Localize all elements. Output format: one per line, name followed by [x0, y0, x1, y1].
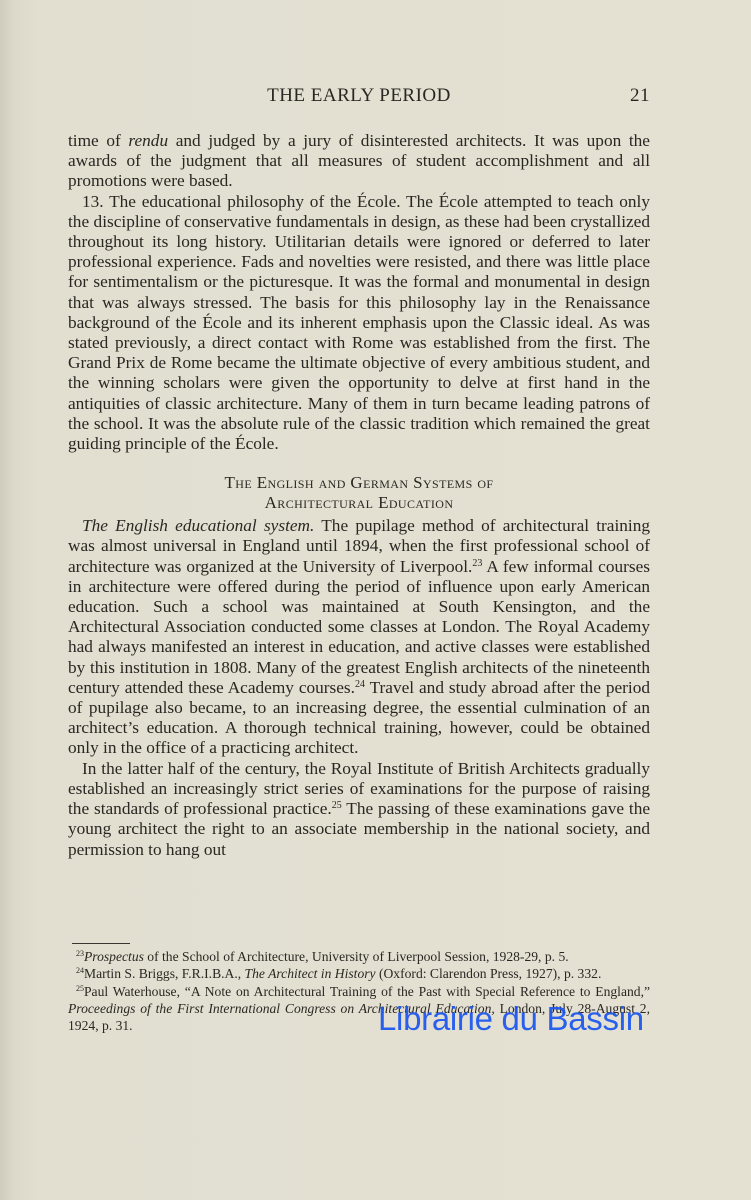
- footnote-ref-25[interactable]: 25: [332, 800, 342, 811]
- section-heading-line-1: The English and German Systems of: [68, 473, 650, 493]
- paragraph-english-system: The English educational system. The pupi…: [68, 516, 650, 758]
- running-title: THE EARLY PERIOD: [68, 85, 650, 107]
- footnote-ref-24[interactable]: 24: [355, 679, 365, 690]
- footnote-title: Prospectus: [84, 949, 144, 964]
- section-heading: The English and German Systems of Archit…: [68, 473, 650, 513]
- footnote-ref-23[interactable]: 23: [472, 558, 482, 569]
- section-heading-line-2: Architectural Education: [68, 493, 650, 513]
- footnote-title: The Architect in History: [245, 966, 376, 981]
- footnote-number: 24: [76, 966, 84, 975]
- footnote-number: 25: [76, 984, 84, 993]
- text-run: time of: [68, 131, 128, 150]
- footnote-24: 24Martin S. Briggs, F.R.I.B.A., The Arch…: [68, 965, 650, 982]
- running-head: THE EARLY PERIOD 21: [68, 85, 650, 109]
- paragraph-continuation: time of rendu and judged by a jury of di…: [68, 131, 650, 192]
- text-run: A few informal courses in architecture w…: [68, 557, 650, 697]
- footnote-divider: [72, 943, 130, 944]
- paragraph-ecole-philosophy: 13. The educational philosophy of the Éc…: [68, 192, 650, 455]
- footnote-text: Martin S. Briggs, F.R.I.B.A.,: [84, 966, 245, 981]
- footnote-text: of the School of Architecture, Universit…: [144, 949, 569, 964]
- italic-term: rendu: [128, 131, 168, 150]
- paragraph-riba: In the latter half of the century, the R…: [68, 759, 650, 860]
- footnote-text: Paul Waterhouse, “A Note on Architectura…: [84, 984, 650, 999]
- footnote-23: 23Prospectus of the School of Architectu…: [68, 948, 650, 965]
- page-number: 21: [630, 85, 650, 107]
- run-in-heading: The English educational system.: [82, 516, 314, 535]
- footnote-number: 23: [76, 949, 84, 958]
- footnote-text: (Oxford: Clarendon Press, 1927), p. 332.: [376, 966, 602, 981]
- watermark: Librairie du Bassin: [378, 1000, 644, 1038]
- body-text: time of rendu and judged by a jury of di…: [68, 131, 650, 860]
